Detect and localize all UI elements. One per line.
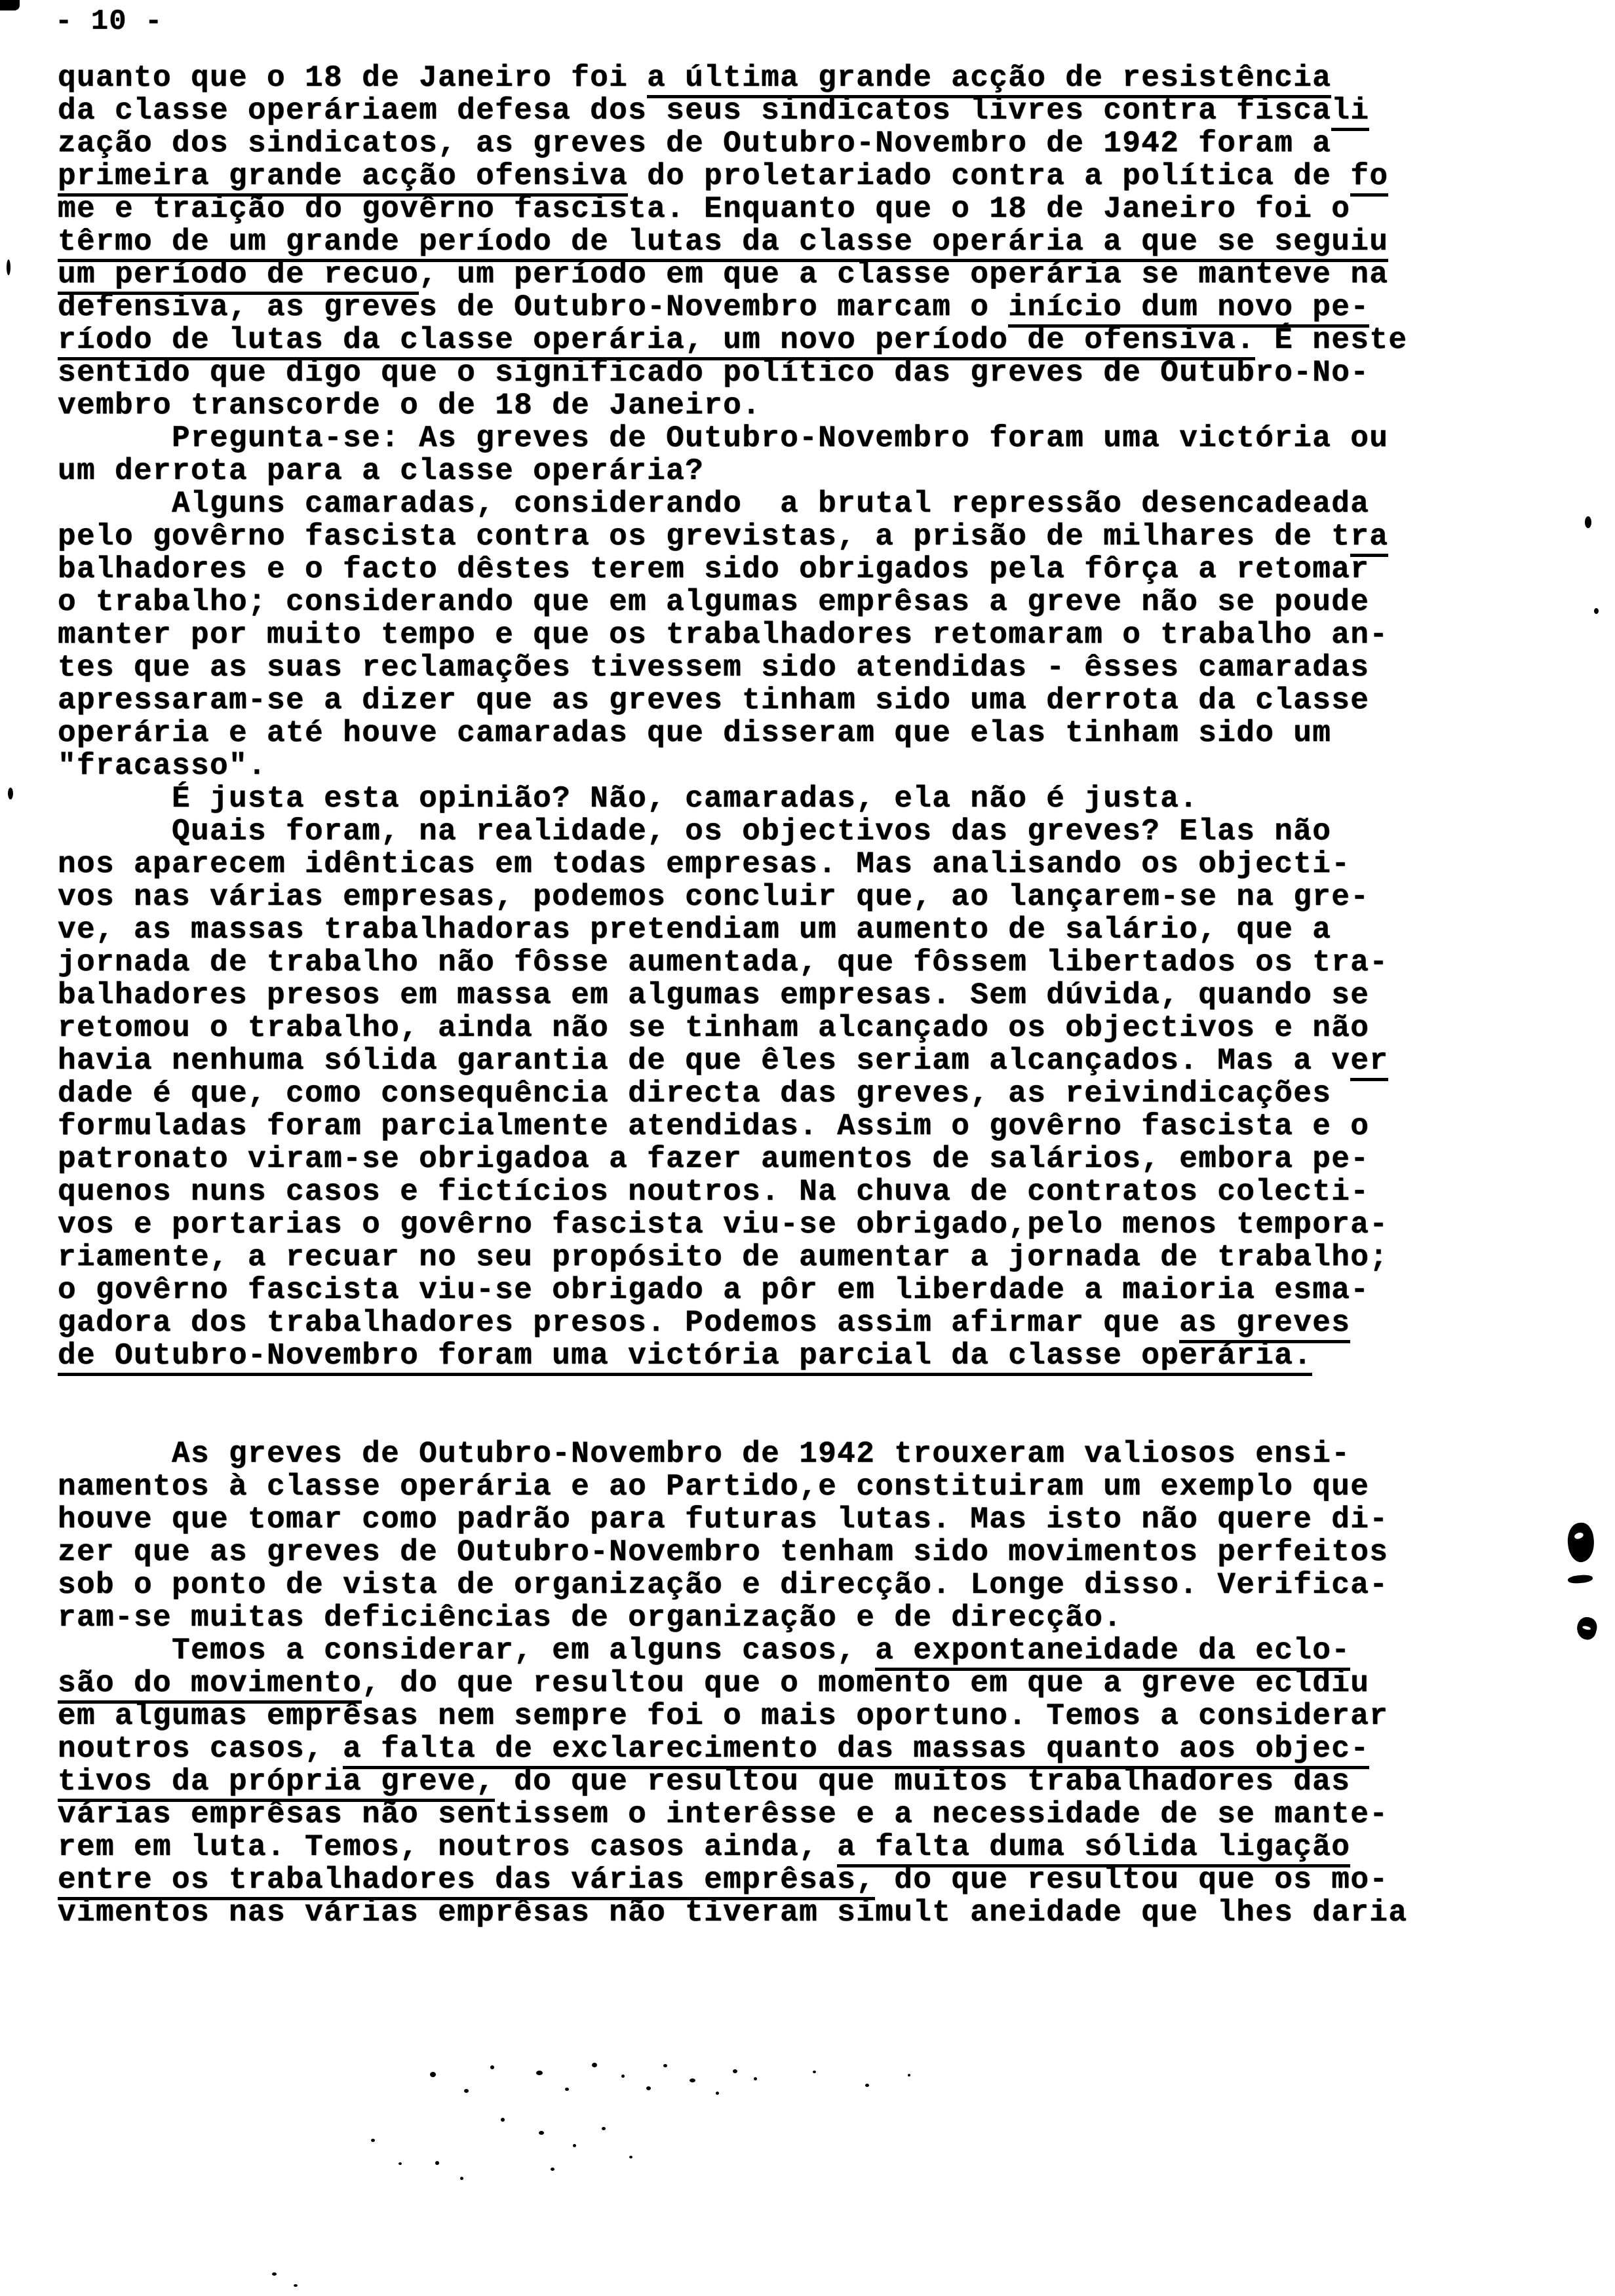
scan-speckle bbox=[399, 2162, 402, 2165]
plain-text: vos nas várias empresas, podemos conclui… bbox=[58, 880, 1369, 914]
text-line: tivos da própria greve, do que resultou … bbox=[58, 1765, 1565, 1798]
plain-text: nos aparecem idênticas em todas empresas… bbox=[58, 847, 1350, 881]
scan-edge-artifact bbox=[0, 0, 20, 10]
underlined-text: fo bbox=[1350, 159, 1388, 197]
text-line: manter por muito tempo e que os trabalha… bbox=[58, 619, 1565, 651]
text-line: operária e até houve camaradas que disse… bbox=[58, 717, 1565, 750]
plain-text: É neste bbox=[1255, 323, 1407, 357]
margin-ink-drop-icon bbox=[1574, 1615, 1599, 1641]
text-line: em algumas emprêsas nem sempre foi o mai… bbox=[58, 1700, 1565, 1732]
plain-text: rem em luta. Temos, noutros casos ainda, bbox=[58, 1830, 837, 1864]
underlined-text: a última grande acção de resistência bbox=[647, 61, 1331, 98]
underlined-text: a falta duma sólida ligação bbox=[837, 1830, 1350, 1867]
plain-text: Pregunta-se: As greves de Outubro-Novemb… bbox=[58, 421, 1388, 455]
plain-text: retomou o trabalho, ainda não se tinham … bbox=[58, 1011, 1369, 1045]
plain-text: Quais foram, na realidade, os objectivos… bbox=[58, 814, 1331, 849]
text-line: vos e portarias o govêrno fascista viu-s… bbox=[58, 1208, 1565, 1241]
plain-text: do que resultou que muitos trabalhadores… bbox=[495, 1765, 1350, 1799]
scan-speckle bbox=[1594, 608, 1599, 614]
scan-speckle bbox=[464, 2089, 469, 2093]
plain-text: um derrota para a classe operária? bbox=[58, 454, 704, 488]
text-line: várias emprêsas não sentissem o interêss… bbox=[58, 1798, 1565, 1831]
plain-text: zação dos sindicatos, as greves de Outub… bbox=[58, 126, 1331, 161]
text-line: jornada de trabalho não fôsse aumentada,… bbox=[58, 946, 1565, 979]
plain-text: formuladas foram parcialmente atendidas.… bbox=[58, 1109, 1369, 1143]
text-line: riamente, a recuar no seu propósito de a… bbox=[58, 1241, 1565, 1274]
underlined-text: primeira grande acção ofensiva bbox=[58, 159, 628, 197]
page-number: - 10 - bbox=[55, 5, 163, 38]
text-line: o trabalho; considerando que em algumas … bbox=[58, 586, 1565, 619]
text-line: gadora dos trabalhadores presos. Podemos… bbox=[58, 1307, 1565, 1339]
plain-text: apressaram-se a dizer que as greves tinh… bbox=[58, 683, 1369, 717]
scan-speckle bbox=[621, 2075, 625, 2078]
text-line: tes que as suas reclamações tivessem sid… bbox=[58, 651, 1565, 684]
text-line: têrmo de um grande período de lutas da c… bbox=[58, 225, 1565, 258]
text-line: vembro transcorde o de 18 de Janeiro. bbox=[58, 389, 1565, 422]
scan-speckle bbox=[8, 788, 13, 799]
plain-text: quanto que o 18 de Janeiro foi bbox=[58, 61, 647, 95]
text-line: vimentos nas várias emprêsas não tiveram… bbox=[58, 1896, 1565, 1929]
text-line: É justa esta opinião? Não, camaradas, el… bbox=[58, 782, 1565, 815]
text-line: de Outubro-Novembro foram uma victória p… bbox=[58, 1339, 1565, 1372]
plain-text: riamente, a recuar no seu propósito de a… bbox=[58, 1240, 1388, 1274]
margin-ink-blot-icon bbox=[1566, 1521, 1596, 1563]
text-line: vos nas várias empresas, podemos conclui… bbox=[58, 881, 1565, 913]
scan-speckle bbox=[551, 2168, 555, 2171]
plain-text: em algumas emprêsas nem sempre foi o mai… bbox=[58, 1699, 1388, 1733]
text-line: quenos nuns casos e fictícios noutros. N… bbox=[58, 1176, 1565, 1208]
scan-speckle bbox=[716, 2092, 719, 2095]
underlined-text: entre os trabalhadores das várias emprês… bbox=[58, 1863, 875, 1900]
plain-text: o trabalho; considerando que em algumas … bbox=[58, 585, 1369, 619]
plain-text: várias emprêsas não sentissem o interêss… bbox=[58, 1797, 1388, 1831]
plain-text: balhadores e o facto dêstes terem sido o… bbox=[58, 552, 1369, 586]
underlined-text: as greves bbox=[1179, 1306, 1350, 1343]
plain-text: sob o ponto de vista de organização e di… bbox=[58, 1568, 1388, 1602]
plain-text: ve, as massas trabalhadoras pretendiam u… bbox=[58, 913, 1331, 947]
scan-speckle bbox=[430, 2072, 436, 2077]
text-line: Temos a considerar, em alguns casos, a e… bbox=[58, 1634, 1565, 1667]
plain-text: da classe operáriaem defesa dos seus sin… bbox=[58, 94, 1331, 128]
underlined-text: são do movimento bbox=[58, 1666, 362, 1704]
text-line: ve, as massas trabalhadoras pretendiam u… bbox=[58, 913, 1565, 946]
plain-text: me e traição do govêrno fascista. Enquan… bbox=[58, 192, 1350, 226]
plain-text: balhadores presos em massa em algumas em… bbox=[58, 978, 1369, 1012]
scan-speckle bbox=[908, 2074, 910, 2076]
scan-speckle bbox=[272, 2272, 277, 2276]
scan-speckle bbox=[663, 2064, 667, 2067]
text-line: entre os trabalhadores das várias emprês… bbox=[58, 1864, 1565, 1896]
plain-text: zer que as greves de Outubro-Novembro te… bbox=[58, 1535, 1388, 1569]
plain-text: sentido que digo que o significado polít… bbox=[58, 356, 1369, 390]
text-line: nos aparecem idênticas em todas empresas… bbox=[58, 848, 1565, 881]
plain-text: do que resultou que os mo- bbox=[875, 1863, 1388, 1897]
text-line: um período de recuo, um período em que a… bbox=[58, 258, 1565, 291]
scan-speckle bbox=[865, 2084, 869, 2087]
text-line: o govêrno fascista viu-se obrigado a pôr… bbox=[58, 1274, 1565, 1307]
scan-speckle bbox=[490, 2065, 494, 2069]
margin-ink-dash-icon bbox=[1568, 1574, 1593, 1584]
text-line: dade é que, como consequência directa da… bbox=[58, 1077, 1565, 1110]
scan-speckle bbox=[501, 2118, 505, 2122]
plain-text: ram-se muitas deficiências de organizaçã… bbox=[58, 1601, 1122, 1635]
text-line: Alguns camaradas, considerando a brutal … bbox=[58, 488, 1565, 520]
text-line: "fracasso". bbox=[58, 750, 1565, 782]
underlined-text: li bbox=[1331, 94, 1369, 131]
text-line: zação dos sindicatos, as greves de Outub… bbox=[58, 127, 1565, 160]
plain-text: , do que resultou que o momento em que a… bbox=[362, 1666, 1369, 1700]
underlined-text: a falta de exclarecimento das massas qua… bbox=[343, 1732, 1369, 1769]
scan-speckle bbox=[294, 2284, 298, 2287]
underlined-text: um período de recuo bbox=[58, 258, 419, 295]
plain-text: noutros casos, bbox=[58, 1732, 343, 1766]
plain-text: tes que as suas reclamações tivessem sid… bbox=[58, 651, 1369, 685]
text-line: houve que tomar como padrão para futuras… bbox=[58, 1503, 1565, 1536]
underlined-text: ríodo de lutas da classe operária, um no… bbox=[58, 323, 1255, 360]
text-line: As greves de Outubro-Novembro de 1942 tr… bbox=[58, 1438, 1565, 1470]
scan-speckle bbox=[460, 2177, 463, 2180]
plain-text: É justa esta opinião? Não, camaradas, el… bbox=[58, 782, 1198, 816]
plain-text: do proletariado contra a política de bbox=[628, 159, 1350, 193]
text-line: Pregunta-se: As greves de Outubro-Novemb… bbox=[58, 422, 1565, 455]
plain-text: As greves de Outubro-Novembro de 1942 tr… bbox=[58, 1437, 1350, 1471]
scan-speckle bbox=[371, 2139, 375, 2142]
text-line: balhadores presos em massa em algumas em… bbox=[58, 979, 1565, 1012]
text-line: patronato viram-se obrigadoa a fazer aum… bbox=[58, 1143, 1565, 1176]
scan-speckle bbox=[690, 2078, 695, 2082]
text-line: rem em luta. Temos, noutros casos ainda,… bbox=[58, 1831, 1565, 1864]
scan-speckle bbox=[1585, 516, 1591, 528]
text-line: ríodo de lutas da classe operária, um no… bbox=[58, 324, 1565, 356]
underlined-text: início dum novo pe- bbox=[1008, 290, 1369, 328]
scan-speckle bbox=[565, 2088, 569, 2091]
text-line: Quais foram, na realidade, os objectivos… bbox=[58, 815, 1565, 848]
plain-text: manter por muito tempo e que os trabalha… bbox=[58, 618, 1388, 652]
underlined-text: de Outubro-Novembro foram uma victória p… bbox=[58, 1339, 1312, 1376]
text-line: defensiva, as greves de Outubro-Novembro… bbox=[58, 291, 1565, 324]
scan-speckle bbox=[539, 2131, 544, 2135]
scan-speckle bbox=[646, 2086, 651, 2090]
plain-text: houve que tomar como padrão para futuras… bbox=[58, 1502, 1388, 1537]
scan-speckle bbox=[602, 2127, 606, 2130]
text-line: namentos à classe operária e ao Partido,… bbox=[58, 1470, 1565, 1503]
text-line: me e traição do govêrno fascista. Enquan… bbox=[58, 193, 1565, 225]
plain-text: defensiva, as greves de Outubro-Novembro… bbox=[58, 290, 1008, 324]
text-line: são do movimento, do que resultou que o … bbox=[58, 1667, 1565, 1700]
plain-text: "fracasso". bbox=[58, 749, 267, 783]
underlined-text: er bbox=[1350, 1044, 1388, 1081]
text-line: um derrota para a classe operária? bbox=[58, 455, 1565, 488]
scan-speckle bbox=[7, 259, 10, 275]
plain-text: operária e até houve camaradas que disse… bbox=[58, 716, 1331, 750]
text-line: pelo govêrno fascista contra os grevista… bbox=[58, 520, 1565, 553]
text-line: formuladas foram parcialmente atendidas.… bbox=[58, 1110, 1565, 1143]
text-line: noutros casos, a falta de exclarecimento… bbox=[58, 1732, 1565, 1765]
scan-speckle bbox=[629, 2156, 632, 2158]
plain-text: o govêrno fascista viu-se obrigado a pôr… bbox=[58, 1273, 1369, 1307]
plain-text: pelo govêrno fascista contra os grevista… bbox=[58, 520, 1350, 554]
plain-text: jornada de trabalho não fôsse aumentada,… bbox=[58, 946, 1388, 980]
text-line: ram-se muitas deficiências de organizaçã… bbox=[58, 1601, 1565, 1634]
paragraph-gap bbox=[58, 1372, 1565, 1438]
text-line: apressaram-se a dizer que as greves tinh… bbox=[58, 684, 1565, 717]
text-line: da classe operáriaem defesa dos seus sin… bbox=[58, 94, 1565, 127]
text-line: balhadores e o facto dêstes terem sido o… bbox=[58, 553, 1565, 586]
plain-text: quenos nuns casos e fictícios noutros. N… bbox=[58, 1175, 1369, 1209]
text-line: primeira grande acção ofensiva do prolet… bbox=[58, 160, 1565, 193]
scan-speckle bbox=[733, 2069, 737, 2073]
text-line: sob o ponto de vista de organização e di… bbox=[58, 1569, 1565, 1601]
scan-speckle bbox=[435, 2161, 439, 2165]
plain-text: Alguns camaradas, considerando a brutal … bbox=[58, 487, 1369, 521]
plain-text: vos e portarias o govêrno fascista viu-s… bbox=[58, 1208, 1388, 1242]
plain-text: havia nenhuma sólida garantia de que êle… bbox=[58, 1044, 1350, 1078]
underlined-text: tivos da própria greve, bbox=[58, 1765, 495, 1802]
scan-speckle bbox=[573, 2144, 576, 2147]
text-line: sentido que digo que o significado polít… bbox=[58, 356, 1565, 389]
scanned-page: - 10 - quanto que o 18 de Janeiro foi a … bbox=[0, 0, 1615, 2296]
text-line: quanto que o 18 de Janeiro foi a última … bbox=[58, 62, 1565, 94]
text-line: zer que as greves de Outubro-Novembro te… bbox=[58, 1536, 1565, 1569]
underlined-text: ra bbox=[1350, 520, 1388, 557]
page-text: quanto que o 18 de Janeiro foi a última … bbox=[58, 62, 1565, 1929]
plain-text: patronato viram-se obrigadoa a fazer aum… bbox=[58, 1142, 1369, 1176]
text-line: havia nenhuma sólida garantia de que êle… bbox=[58, 1044, 1565, 1077]
plain-text: dade é que, como consequência directa da… bbox=[58, 1077, 1331, 1111]
underlined-text: têrmo de um grande período de lutas da c… bbox=[58, 225, 1388, 262]
plain-text: vembro transcorde o de 18 de Janeiro. bbox=[58, 389, 761, 423]
plain-text: , um período em que a classe operária se… bbox=[419, 258, 1388, 292]
scan-speckle bbox=[536, 2071, 543, 2075]
plain-text: vimentos nas várias emprêsas não tiveram… bbox=[58, 1896, 1407, 1930]
plain-text: Temos a considerar, em alguns casos, bbox=[58, 1634, 875, 1668]
underlined-text: a expontaneidade da eclo- bbox=[875, 1634, 1350, 1671]
scan-speckle bbox=[813, 2071, 816, 2073]
scan-speckle bbox=[754, 2077, 757, 2080]
text-line: retomou o trabalho, ainda não se tinham … bbox=[58, 1012, 1565, 1044]
scan-speckle bbox=[592, 2063, 597, 2067]
plain-text: gadora dos trabalhadores presos. Podemos… bbox=[58, 1306, 1179, 1340]
plain-text: namentos à classe operária e ao Partido,… bbox=[58, 1470, 1369, 1504]
